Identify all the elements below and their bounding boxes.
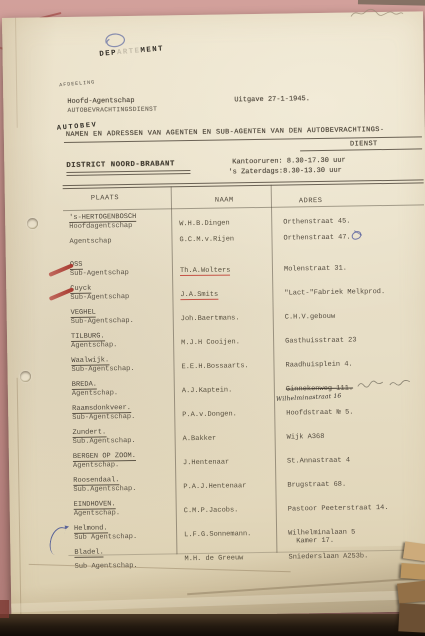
agent-address: Orthenstraat 45. xyxy=(283,218,350,227)
agency-name: Hoofd-Agentschap xyxy=(67,97,134,106)
blue-pen-circle-scribble-icon xyxy=(98,28,134,53)
agent-address: Pastoor Peeterstraat 14. xyxy=(288,504,389,514)
table-row: Cuyck Sub-Agentschap J.A.Smits "Lact-"Fa… xyxy=(66,279,425,302)
place-cell: Waalwijk. Sub-Agentschap. xyxy=(71,355,173,374)
agent-name: P.A.J.Hentenaar xyxy=(183,482,246,491)
table-row: TILBURG. Agentschap. M.J.H Cooijen. Gast… xyxy=(67,327,425,350)
agent-address: "Lact-"Fabriek Melkprod. xyxy=(284,288,385,298)
document-photo: DEPARTEMENT AFDEELING AUTOBEV Hoofd-Agen… xyxy=(0,0,425,636)
column-header-naam: NAAM xyxy=(215,196,234,204)
place-name: BREDA. xyxy=(72,381,97,390)
agent-address: Orthenstraat 47. xyxy=(283,234,350,243)
agent-name: Joh.Baertmans. xyxy=(181,314,240,323)
address-cell: Brugstraat 68. xyxy=(287,481,346,490)
address-cell: Gasthuisstraat 23 xyxy=(285,336,357,345)
agent-name: C.M.P.Jacobs. xyxy=(184,506,239,515)
agency-type: Agentschap. xyxy=(73,460,175,470)
agent-address: C.H.V.gebouw xyxy=(285,313,336,322)
address-cell: Hoofdstraat № 5. xyxy=(286,409,353,418)
place-cell: Roosendaal. Sub.Agentschap. xyxy=(73,475,175,494)
place-cell: Helmond. Sub Agentschap. xyxy=(74,523,176,542)
address-cell: Orthenstraat 45. xyxy=(283,218,350,227)
address-cell: Raadhuisplein 4. xyxy=(285,361,352,370)
place-cell: Raamsdonkveer. Sub-Agentschap. xyxy=(72,403,174,422)
agent-address: Ginnekenweg 111. xyxy=(286,385,353,394)
agency-type: Sub.Agentschap. xyxy=(73,436,175,446)
agent-name: J.A.Smits xyxy=(180,291,218,300)
table-row: 's-HERTOGENBOSCH Hoofdagentschap W.H.B.D… xyxy=(65,208,425,231)
stamp-line2: AFDEELING xyxy=(59,73,167,88)
punch-hole xyxy=(27,218,38,229)
address-cell: Wijk A368 xyxy=(287,433,325,442)
table-rows: 's-HERTOGENBOSCH Hoofdagentschap W.H.B.D… xyxy=(65,208,425,578)
address-cell: Molenstraat 31. xyxy=(284,265,347,274)
place-name: VEGHEL xyxy=(71,309,96,318)
vertical-crease-top xyxy=(15,18,18,128)
column-header-adres: ADRES xyxy=(299,197,323,205)
agent-address: St.Annastraat 4 xyxy=(287,457,350,466)
document-title-line2: DIENST xyxy=(350,140,378,148)
place-cell: 's-HERTOGENBOSCH Hoofdagentschap xyxy=(69,212,171,231)
address-cell: Orthenstraat 47. xyxy=(283,234,350,243)
agent-name: A.J.Kaptein. xyxy=(182,386,233,395)
agent-name: W.H.B.Dingen xyxy=(179,219,230,228)
agency-service: AUTOBEVRACHTINGSDIENST xyxy=(67,106,157,115)
punch-hole xyxy=(20,371,31,382)
office-hours-line2: 's Zaterdags:8.30-13.30 uur xyxy=(228,167,342,177)
table-row: BERGEN OP ZOOM. Agentschap. J.Hentenaar … xyxy=(69,447,425,470)
place-cell: BREDA. Agentschap. xyxy=(72,379,174,398)
background-paper xyxy=(397,580,425,603)
address-cell: Wilhelminalaan 5 Kamer 17. xyxy=(288,529,355,546)
agent-address: Molenstraat 31. xyxy=(284,265,347,274)
agent-address: Wijk A368 xyxy=(287,433,325,442)
agent-name: A.Bakker xyxy=(183,435,217,444)
blue-pen-scribble-icon xyxy=(352,231,363,240)
agency-type: Agentschap. xyxy=(74,508,176,518)
place-cell: Zundert. Sub.Agentschap. xyxy=(72,427,174,446)
agent-name: G.C.M.v.Rijen xyxy=(179,235,234,244)
table-row: Zundert. Sub.Agentschap. A.Bakker Wijk A… xyxy=(68,423,425,446)
agency-type: Sub-Agentschap. xyxy=(72,412,174,422)
column-header-plaats: PLAATS xyxy=(91,194,119,202)
place-cell: Cuyck Sub-Agentschap xyxy=(70,283,172,302)
place-cell: TILBURG. Agentschap. xyxy=(71,331,173,350)
address-cell: "Lact-"Fabriek Melkprod. xyxy=(284,288,385,298)
table-row: Waalwijk. Sub-Agentschap. E.E.H.Bossaart… xyxy=(67,351,425,374)
agency-type: Sub-Agentschap xyxy=(70,292,172,302)
agent-address: Gasthuisstraat 23 xyxy=(285,336,357,345)
place-cell: VEGHEL Sub-Agentschap. xyxy=(71,307,173,326)
background-paper xyxy=(398,603,425,633)
agency-type: Agentschap xyxy=(69,236,171,246)
district-heading: DISTRICT NOORD-BRABANT xyxy=(66,160,175,170)
agency-type: Hoofdagentschap xyxy=(69,221,171,231)
district-underline-2 xyxy=(66,173,190,176)
background-paper xyxy=(403,541,425,561)
table-row: Roosendaal. Sub.Agentschap. P.A.J.Henten… xyxy=(69,471,425,494)
table-row: VEGHEL Sub-Agentschap. Joh.Baertmans. C.… xyxy=(67,303,425,326)
table-row: Helmond. Sub Agentschap. L.F.G.Sonnemann… xyxy=(70,519,425,542)
agent-address: Brugstraat 68. xyxy=(287,481,346,490)
table-row: OSS Sub-Agentschap Th.A.Wolters Molenstr… xyxy=(66,255,425,278)
issue-date: Uitgave 27-1-1945. xyxy=(234,95,310,104)
title-line2-underline xyxy=(300,148,422,151)
table-row: Agentschap G.C.M.v.Rijen Orthenstraat 47… xyxy=(65,232,425,254)
agent-name: E.E.H.Bossaarts. xyxy=(181,362,248,371)
place-cell: EINDHOVEN. Agentschap. xyxy=(74,499,176,518)
background-paper xyxy=(401,563,425,580)
agent-name: L.F.G.Sonnemann. xyxy=(184,530,251,539)
pencil-scribble-icon xyxy=(348,4,406,23)
agency-type: Sub Agentschap. xyxy=(74,532,176,542)
agency-type: Agentschap. xyxy=(71,340,173,350)
address-cell: St.Annastraat 4 xyxy=(287,457,350,466)
agent-name: J.Hentenaar xyxy=(183,458,229,467)
agency-type: Sub.Agentschap. xyxy=(73,484,175,494)
office-hours-line1: Kantooruren: 8.30-17.30 uur xyxy=(232,157,346,167)
red-paper-corner xyxy=(0,600,9,618)
table-row: EINDHOVEN. Agentschap. C.M.P.Jacobs. Pas… xyxy=(70,495,425,518)
table-row: Raamsdonkveer. Sub-Agentschap. P.A.v.Don… xyxy=(68,399,425,422)
agency-type: Agentschap. xyxy=(72,388,174,398)
address-cell: Ginnekenweg 111. Wilhelminastraat 16 xyxy=(286,385,353,394)
address-cell: Pastoor Peeterstraat 14. xyxy=(288,504,389,514)
paper-sheet: DEPARTEMENT AFDEELING AUTOBEV Hoofd-Agen… xyxy=(2,11,425,618)
place-cell: Agentschap xyxy=(69,236,171,246)
agency-type: Sub-Agentschap. xyxy=(71,316,173,326)
agent-address: Hoofdstraat № 5. xyxy=(286,409,353,418)
desk-shadow xyxy=(0,614,425,636)
agency-type: Sub-Agentschap. xyxy=(71,364,173,374)
handwritten-note-scribble-icon xyxy=(356,378,418,391)
agency-type: Sub-Agentschap xyxy=(70,268,172,278)
agent-name: M.J.H Cooijen. xyxy=(181,338,240,347)
agent-address: Raadhuisplein 4. xyxy=(285,361,352,370)
place-cell: BERGEN OP ZOOM. Agentschap. xyxy=(73,451,175,470)
address-cell: C.H.V.gebouw xyxy=(285,313,336,322)
place-cell: OSS Sub-Agentschap xyxy=(70,259,172,278)
agent-name: P.A.v.Dongen. xyxy=(182,410,237,419)
agent-name: Th.A.Wolters xyxy=(180,267,230,276)
